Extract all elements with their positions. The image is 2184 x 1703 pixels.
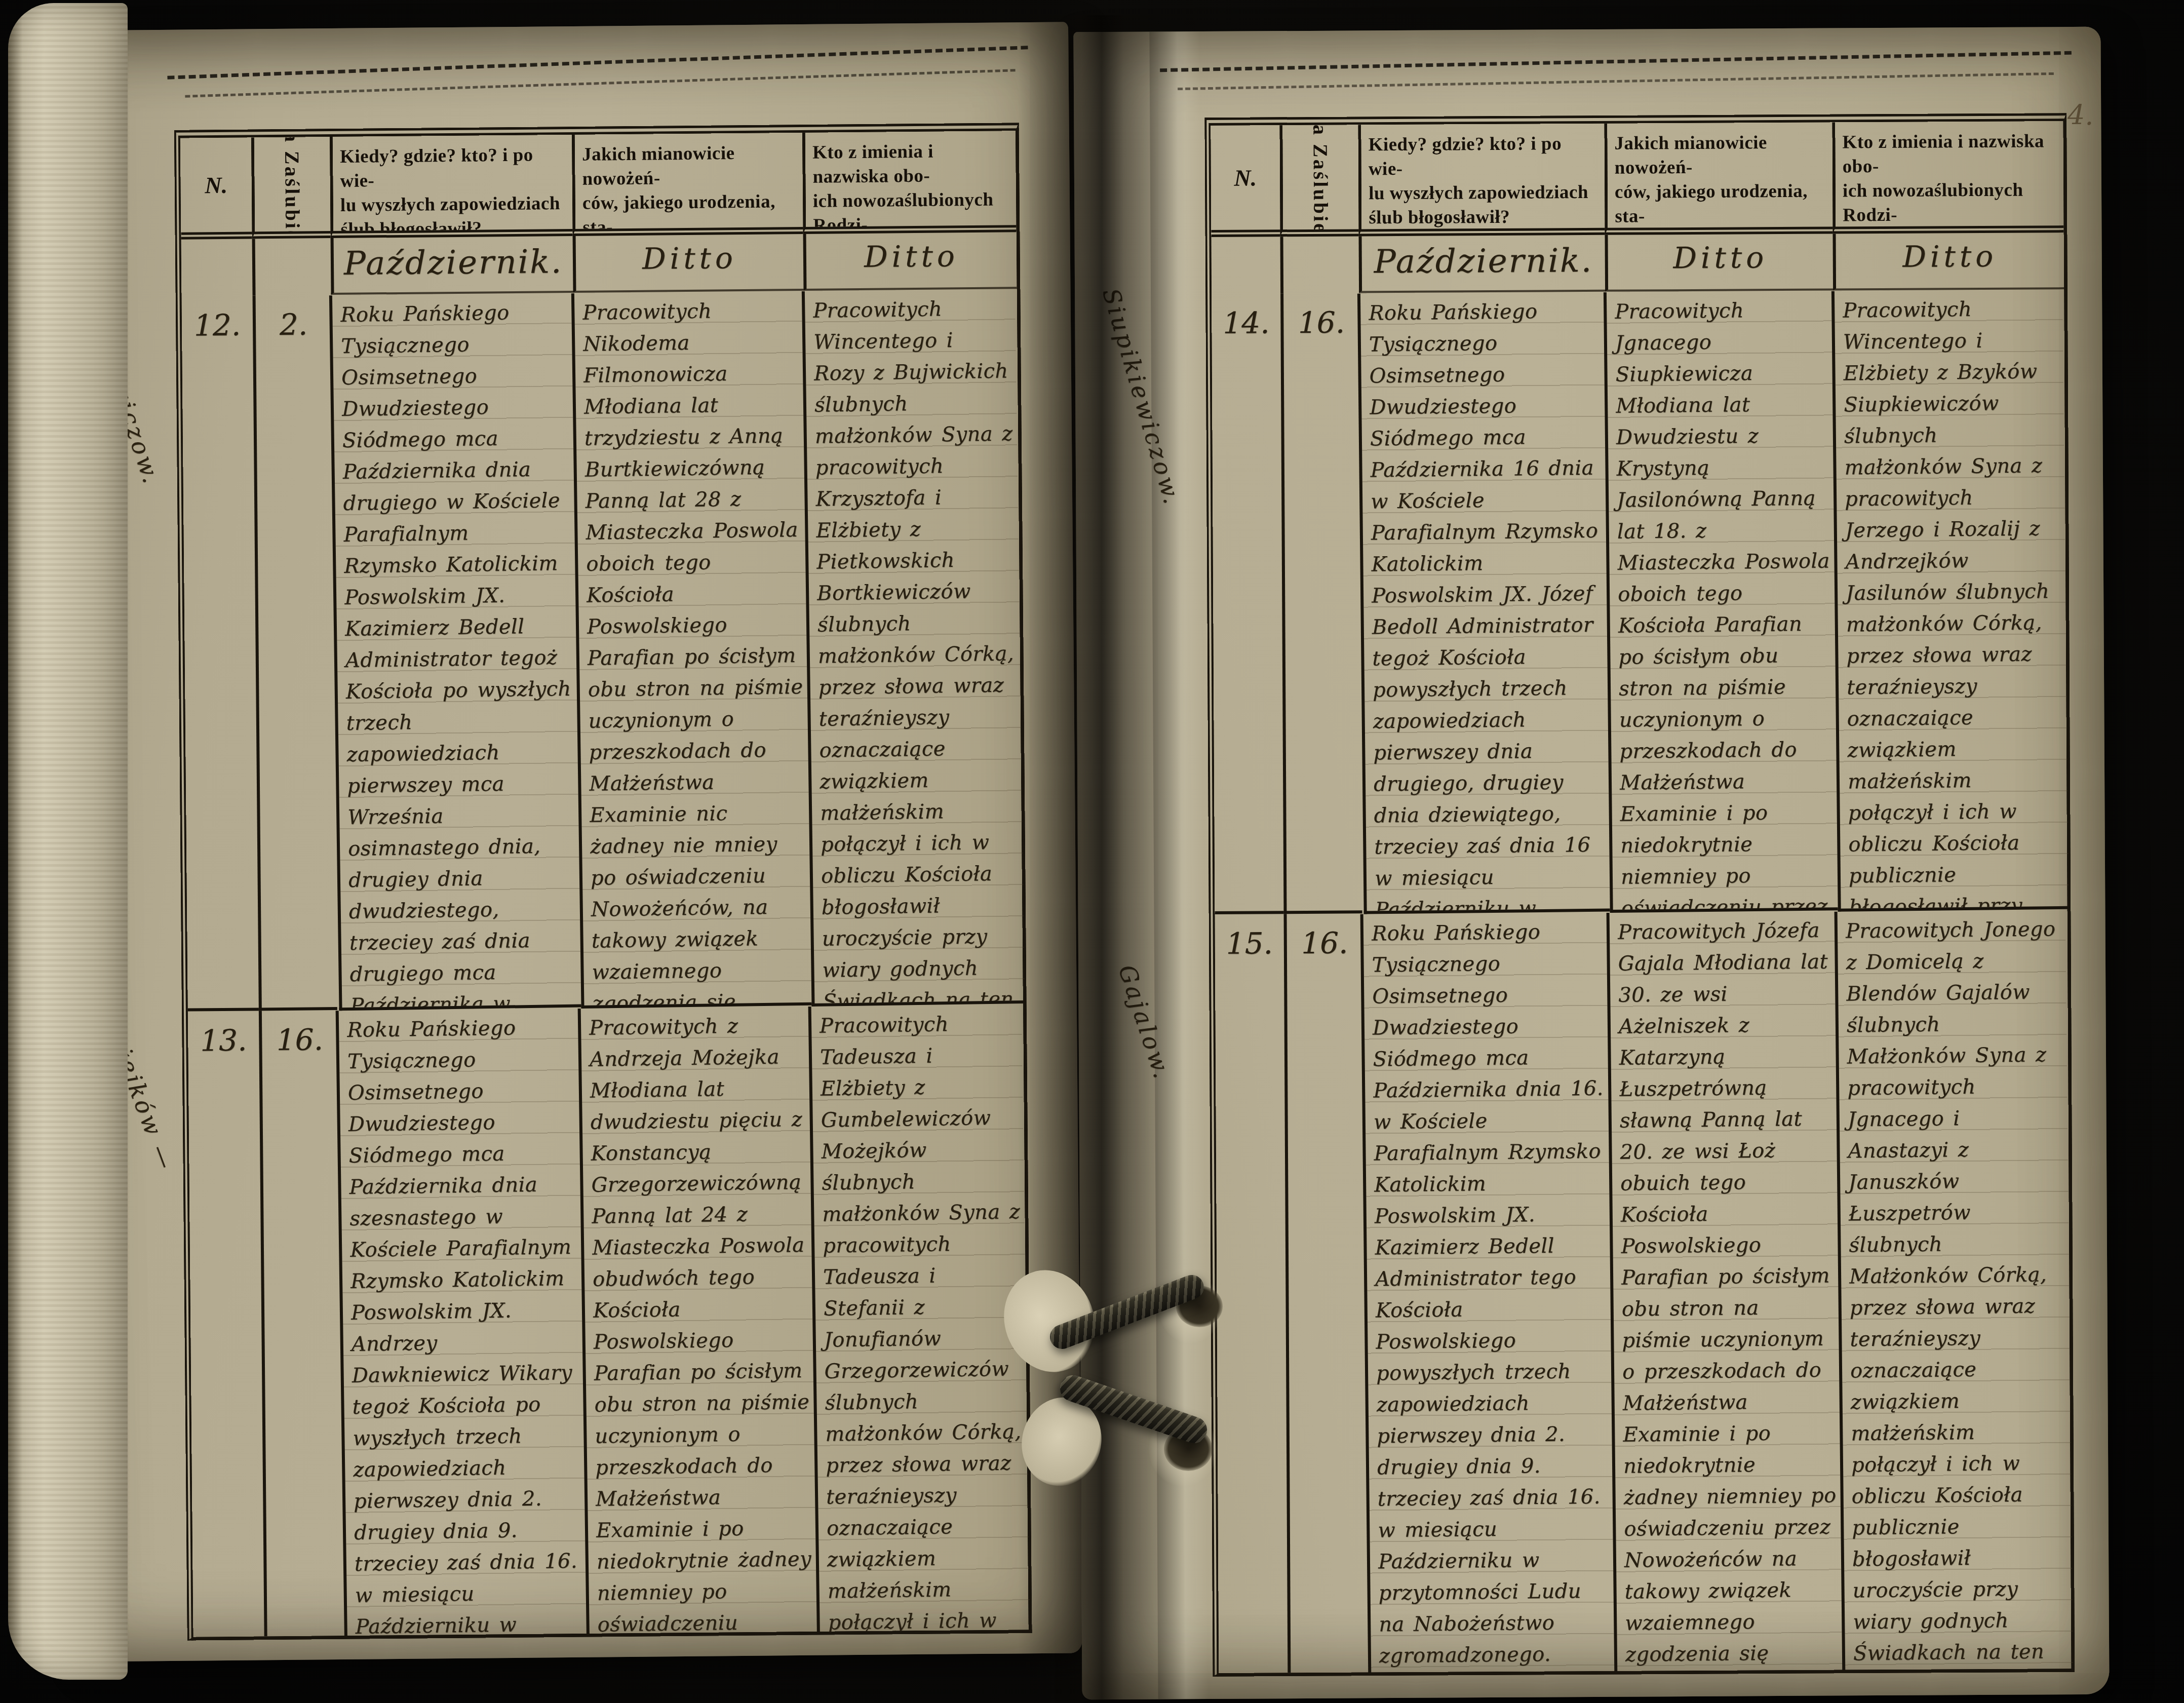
header-col-parents-witnesses: Kto z imienia i nazwiska obo- ich nowoza… — [802, 131, 1017, 234]
month-ditto: Ditto — [1605, 234, 1834, 291]
entry-13-date: 16. — [259, 1010, 343, 1636]
entry-12-date: 2. — [253, 295, 337, 1011]
entry-13-newlyweds: Pracowitych z Andrzeja Możejka Młodiana … — [578, 1005, 817, 1634]
marriage-register-table-right: N. Data Zaślubienia Kiedy? gdzie? kto? i… — [1204, 113, 2075, 1677]
entry-12-newlyweds: Pracowitych Nikodema Filmonowicza Młodia… — [571, 290, 812, 1009]
header-col-when: Kiedy? gdzie? kto? i po wie- lu wyszłych… — [1358, 124, 1605, 237]
entry-12-parents-witnesses: Pracowitych Wincentego i Rozy z Bujwicki… — [802, 288, 1025, 1007]
entry-14-parents-witnesses: Pracowitych Wincentego i Elżbiety z Bzyk… — [1831, 289, 2069, 912]
month-row-spacer — [252, 238, 331, 295]
month-row-spacer — [181, 239, 253, 296]
header-col-date-label: Data Zaślubienia — [280, 137, 305, 239]
entry-15-date: 16. — [1284, 913, 1367, 1673]
header-col-number: N. — [180, 137, 252, 239]
entry-15-newlyweds: Pracowitych Józefa Gajala Młodiana lat 3… — [1607, 910, 1843, 1672]
month-heading: Październik. — [1359, 235, 1606, 293]
entry-15-when: Roku Pańskiego Tysiącznego Osimsetnego D… — [1360, 912, 1615, 1673]
month-heading: Październik. — [331, 236, 573, 295]
entry-15-parents-witnesses: Pracowitych Jonego z Domicelą z Blendów … — [1835, 909, 2074, 1671]
entry-15-number: 15. — [1215, 914, 1288, 1673]
entry-14-when: Roku Pańskiego Tysiącznego Osimsetnego D… — [1357, 291, 1610, 914]
month-ditto: Ditto — [1833, 233, 2064, 290]
month-ditto: Ditto — [573, 234, 804, 293]
header-col-when: Kiedy? gdzie? kto? i po wie- lu wyszłych… — [330, 135, 573, 238]
book-scan: Filmonowiczow. z Możejków — N. Data Zaśl… — [0, 0, 2184, 1703]
page-stack-edge — [8, 3, 128, 1680]
entry-14-date: 16. — [1280, 293, 1362, 914]
header-col-date: Data Zaślubienia — [251, 137, 331, 239]
entry-14-number: 14. — [1212, 293, 1283, 914]
header-col-number: N. — [1211, 125, 1280, 237]
entry-13-parents-witnesses: Pracowitych Tadeusza i Elżbiety z Gumbel… — [808, 1003, 1030, 1632]
entry-12-when: Roku Pańskiego Tysiącznego Osimsetnego D… — [329, 292, 581, 1011]
month-row-spacer — [1280, 236, 1359, 293]
header-col-parents-witnesses: Kto z imienia i nazwiska obo- ich nowoza… — [1832, 121, 2063, 234]
header-col-date: Data Zaślubienia — [1279, 125, 1358, 237]
page-number: 4. — [2068, 99, 2094, 131]
right-page: Siupikiewiczow. Gajalow. N. Data Zaślubi… — [1073, 27, 2109, 1700]
marriage-register-table-left: N. Data Zaślubienia Kiedy? gdzie? kto? i… — [174, 123, 1032, 1640]
header-col-newlyweds: Jakich mianowicie nowożeń- ców, jakiego … — [1604, 122, 1832, 235]
entry-12-number: 12. — [182, 295, 259, 1011]
entry-13-number: 13. — [188, 1011, 264, 1637]
month-ditto: Ditto — [803, 232, 1017, 291]
month-row-spacer — [1212, 237, 1281, 294]
entry-13-when: Roku Pańskiego Tysiącznego Osimsetnego D… — [336, 1008, 587, 1637]
left-page: Filmonowiczow. z Możejków — N. Data Zaśl… — [58, 22, 1082, 1661]
entry-14-newlyweds: Pracowitych Jgnacego Siupkiewicza Młodia… — [1604, 290, 1838, 913]
header-col-date-label: Data Zaślubienia — [1308, 125, 1333, 237]
header-col-newlyweds: Jakich mianowicie nowożeń- ców, jakiego … — [572, 133, 803, 236]
